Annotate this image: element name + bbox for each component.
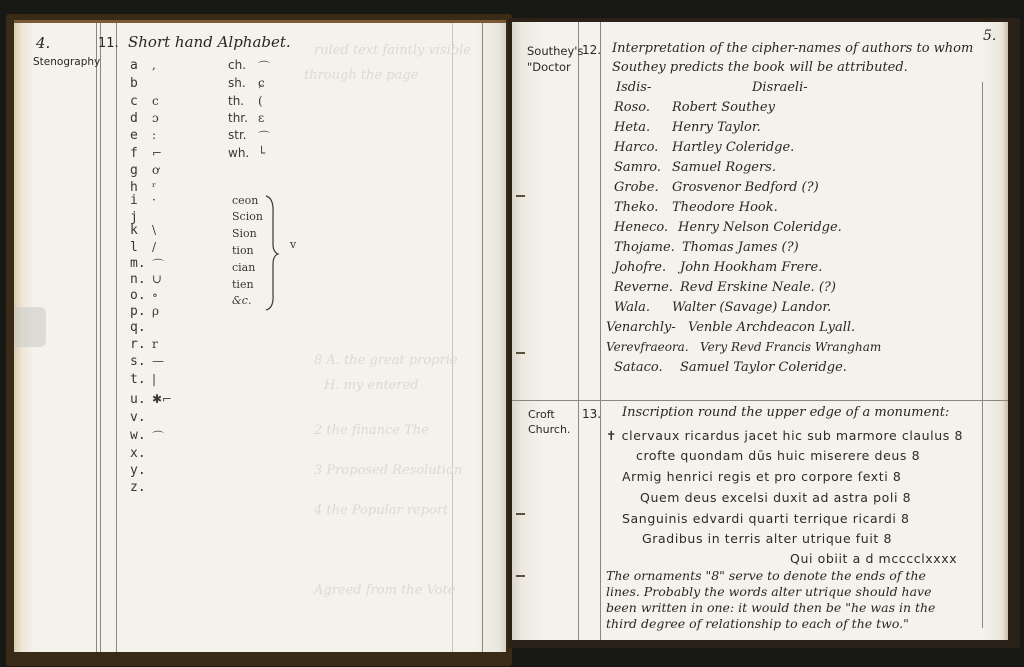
shorthand-symbol: : <box>152 128 156 142</box>
section-title: Stenography <box>33 56 100 68</box>
inscription-line: Armig henrici regis et pro corpore ſexti… <box>622 469 901 484</box>
shorthand-symbol: ơ <box>152 163 159 177</box>
combo-label: th. <box>228 94 244 108</box>
entry-margin-label: Southey's "Doctor <box>527 43 587 75</box>
entry-title: Inscription round the upper edge of a mo… <box>622 405 949 420</box>
shorthand-symbol: · <box>152 193 156 207</box>
letter: q. <box>130 320 146 335</box>
entry-divider <box>512 400 1008 401</box>
inscription-line: Qui obiit a d mcccclxxxx <box>790 551 957 566</box>
suffix: Scion <box>232 210 263 223</box>
cipher-name: Revd Erskine Neale. (?) <box>680 280 836 295</box>
margin-rule-1 <box>96 23 97 652</box>
letter: l <box>130 240 138 255</box>
shorthand-symbol: ρ <box>152 304 159 318</box>
number-rule <box>116 23 117 652</box>
cipher-code: Heneco. <box>614 220 668 235</box>
cipher-code: Thojame. <box>614 240 675 255</box>
shorthand-symbol: — <box>152 354 164 368</box>
letter: d <box>130 111 138 126</box>
combo-symbol: ⌒ <box>258 58 270 75</box>
cipher-code: Samro. <box>614 160 661 175</box>
letter: c <box>130 94 138 109</box>
inscription-line: Quem deus excelsi duxit ad astra poli 8 <box>640 490 911 505</box>
entry-number: 11. <box>98 36 119 51</box>
cipher-name: Hartley Coleridge. <box>672 140 794 155</box>
letter: a <box>130 58 138 73</box>
letter: e <box>130 128 138 143</box>
letter: w. <box>130 428 146 443</box>
shorthand-symbol: \ <box>152 223 156 237</box>
entry-title: Short hand Alphabet. <box>128 33 291 51</box>
combo-label: ch. <box>228 58 246 72</box>
letter: b <box>130 76 138 91</box>
letter: r. <box>130 337 146 352</box>
shorthand-symbol: r <box>152 337 158 351</box>
suffix: &c. <box>232 294 251 307</box>
suffix: Sion <box>232 227 257 240</box>
cipher-name: Theodore Hook. <box>672 200 778 215</box>
combo-symbol: ⌒ <box>258 128 270 145</box>
cipher-code: Venarchly- <box>606 320 676 335</box>
letter: x. <box>130 446 146 461</box>
combo-symbol: └ <box>258 146 265 160</box>
brace-icon <box>264 194 280 312</box>
cipher-name: John Hookham Frere. <box>680 260 822 275</box>
combo-symbol: ɛ <box>258 111 264 125</box>
cipher-code: Wala. <box>614 300 650 315</box>
cipher-code: Theko. <box>614 200 658 215</box>
margin-rule-2 <box>100 23 101 652</box>
cipher-name: Samuel Rogers. <box>672 160 776 175</box>
entry-margin-label: Croft Church. <box>528 407 578 437</box>
combo-symbol: ( <box>258 94 263 108</box>
entry-title: Interpretation of the cipher-names of au… <box>612 41 973 56</box>
binding-stitch <box>516 513 525 515</box>
cipher-name: Robert Southey <box>672 100 775 115</box>
inscription-line: Sanguinis edvardi quarti terrique ricard… <box>622 511 910 526</box>
letter: m. <box>130 256 146 271</box>
number-rule <box>600 22 601 640</box>
inscription-line: Gradibus in terris alter utrique fuit 8 <box>642 531 892 546</box>
letter: i <box>130 193 138 208</box>
binding-stitch <box>516 195 525 197</box>
cipher-name: Henry Nelson Coleridge. <box>678 220 842 235</box>
combo-label: wh. <box>228 146 249 160</box>
cipher-code: Johofre. <box>614 260 666 275</box>
cipher-code: Sataco. <box>614 360 663 375</box>
cipher-code: Roso. <box>614 100 650 115</box>
shorthand-symbol: ⌐ <box>152 146 162 160</box>
faint-rule <box>452 23 453 652</box>
combo-label: sh. <box>228 76 246 90</box>
cipher-name: Venble Archdeacon Lyall. <box>688 320 855 335</box>
letter: g <box>130 163 138 178</box>
shorthand-symbol: ʳ <box>152 180 156 194</box>
shorthand-symbol: c <box>152 94 159 108</box>
right-rule <box>482 23 483 652</box>
entry-number: 12. <box>582 43 601 57</box>
suffix: ceon <box>232 194 258 207</box>
shorthand-symbol: ∘ <box>152 288 158 302</box>
shorthand-symbol: ✱⌐ <box>152 392 172 406</box>
cipher-name: Disraeli- <box>752 80 808 95</box>
letter: s. <box>130 354 146 369</box>
shorthand-symbol: / <box>152 240 156 254</box>
letter: n. <box>130 272 146 287</box>
letter: v. <box>130 410 146 425</box>
entry-number: 13. <box>582 407 601 421</box>
page-tab-marker <box>14 307 46 347</box>
shorthand-symbol: ɔ <box>152 111 159 125</box>
notebook-scan: ruled text faintly visible through the p… <box>0 0 1024 667</box>
suffix: cian <box>232 261 255 274</box>
cipher-code: Heta. <box>614 120 650 135</box>
combo-label: thr. <box>228 111 248 125</box>
cipher-name: Henry Taylor. <box>672 120 761 135</box>
suffix: tien <box>232 278 254 291</box>
note-line: lines. Probably the words alter utrique … <box>606 584 932 599</box>
cipher-code: Reverne. <box>614 280 673 295</box>
cipher-name: Grosvenor Bedford (?) <box>672 180 819 195</box>
combo-label: str. <box>228 128 247 142</box>
binding-stitch <box>516 352 525 354</box>
letter: u. <box>130 392 146 407</box>
section-number: 4. <box>36 34 50 52</box>
inscription-line: ✝ clervaux ricardus jacet hic sub marmor… <box>606 428 963 443</box>
cipher-name: Thomas James (?) <box>682 240 799 255</box>
entry-title: Southey predicts the book will be attrib… <box>612 60 908 75</box>
cipher-name: Samuel Taylor Coleridge. <box>680 360 847 375</box>
suffix: tion <box>232 244 254 257</box>
right-rule <box>982 82 983 628</box>
shorthand-symbol: | <box>152 372 156 386</box>
note-line: The ornaments "8" serve to denote the en… <box>606 568 926 583</box>
inscription-line: crofte quondam dūs huic miserere deus 8 <box>636 448 920 463</box>
cipher-code: Grobe. <box>614 180 659 195</box>
binding-stitch <box>516 575 525 577</box>
page-number: 5. <box>983 28 996 44</box>
combo-symbol: ɕ <box>258 76 265 90</box>
letter: y. <box>130 463 146 478</box>
note-line: third degree of relationship to each of … <box>606 616 909 631</box>
margin-rule <box>578 22 579 640</box>
letter: t. <box>130 372 146 387</box>
cipher-code: Verevfraeora. <box>606 340 689 354</box>
letter: k <box>130 223 138 238</box>
shorthand-symbol: , <box>152 58 156 72</box>
cipher-code: Harco. <box>614 140 658 155</box>
note-line: been written in one: it would then be "h… <box>606 600 935 615</box>
letter: o. <box>130 288 146 303</box>
shorthand-symbol: ⌒ <box>152 256 164 273</box>
cipher-name: Walter (Savage) Landor. <box>672 300 831 315</box>
shorthand-symbol: ⌒ <box>152 428 164 445</box>
letter: f <box>130 146 138 161</box>
shorthand-symbol: ∪ <box>152 272 162 286</box>
letter: p. <box>130 304 146 319</box>
cipher-code: Isdis- <box>616 80 651 95</box>
letter: z. <box>130 480 146 495</box>
suffix-symbol: v <box>290 238 296 251</box>
cipher-name: Very Revd Francis Wrangham <box>700 340 881 354</box>
